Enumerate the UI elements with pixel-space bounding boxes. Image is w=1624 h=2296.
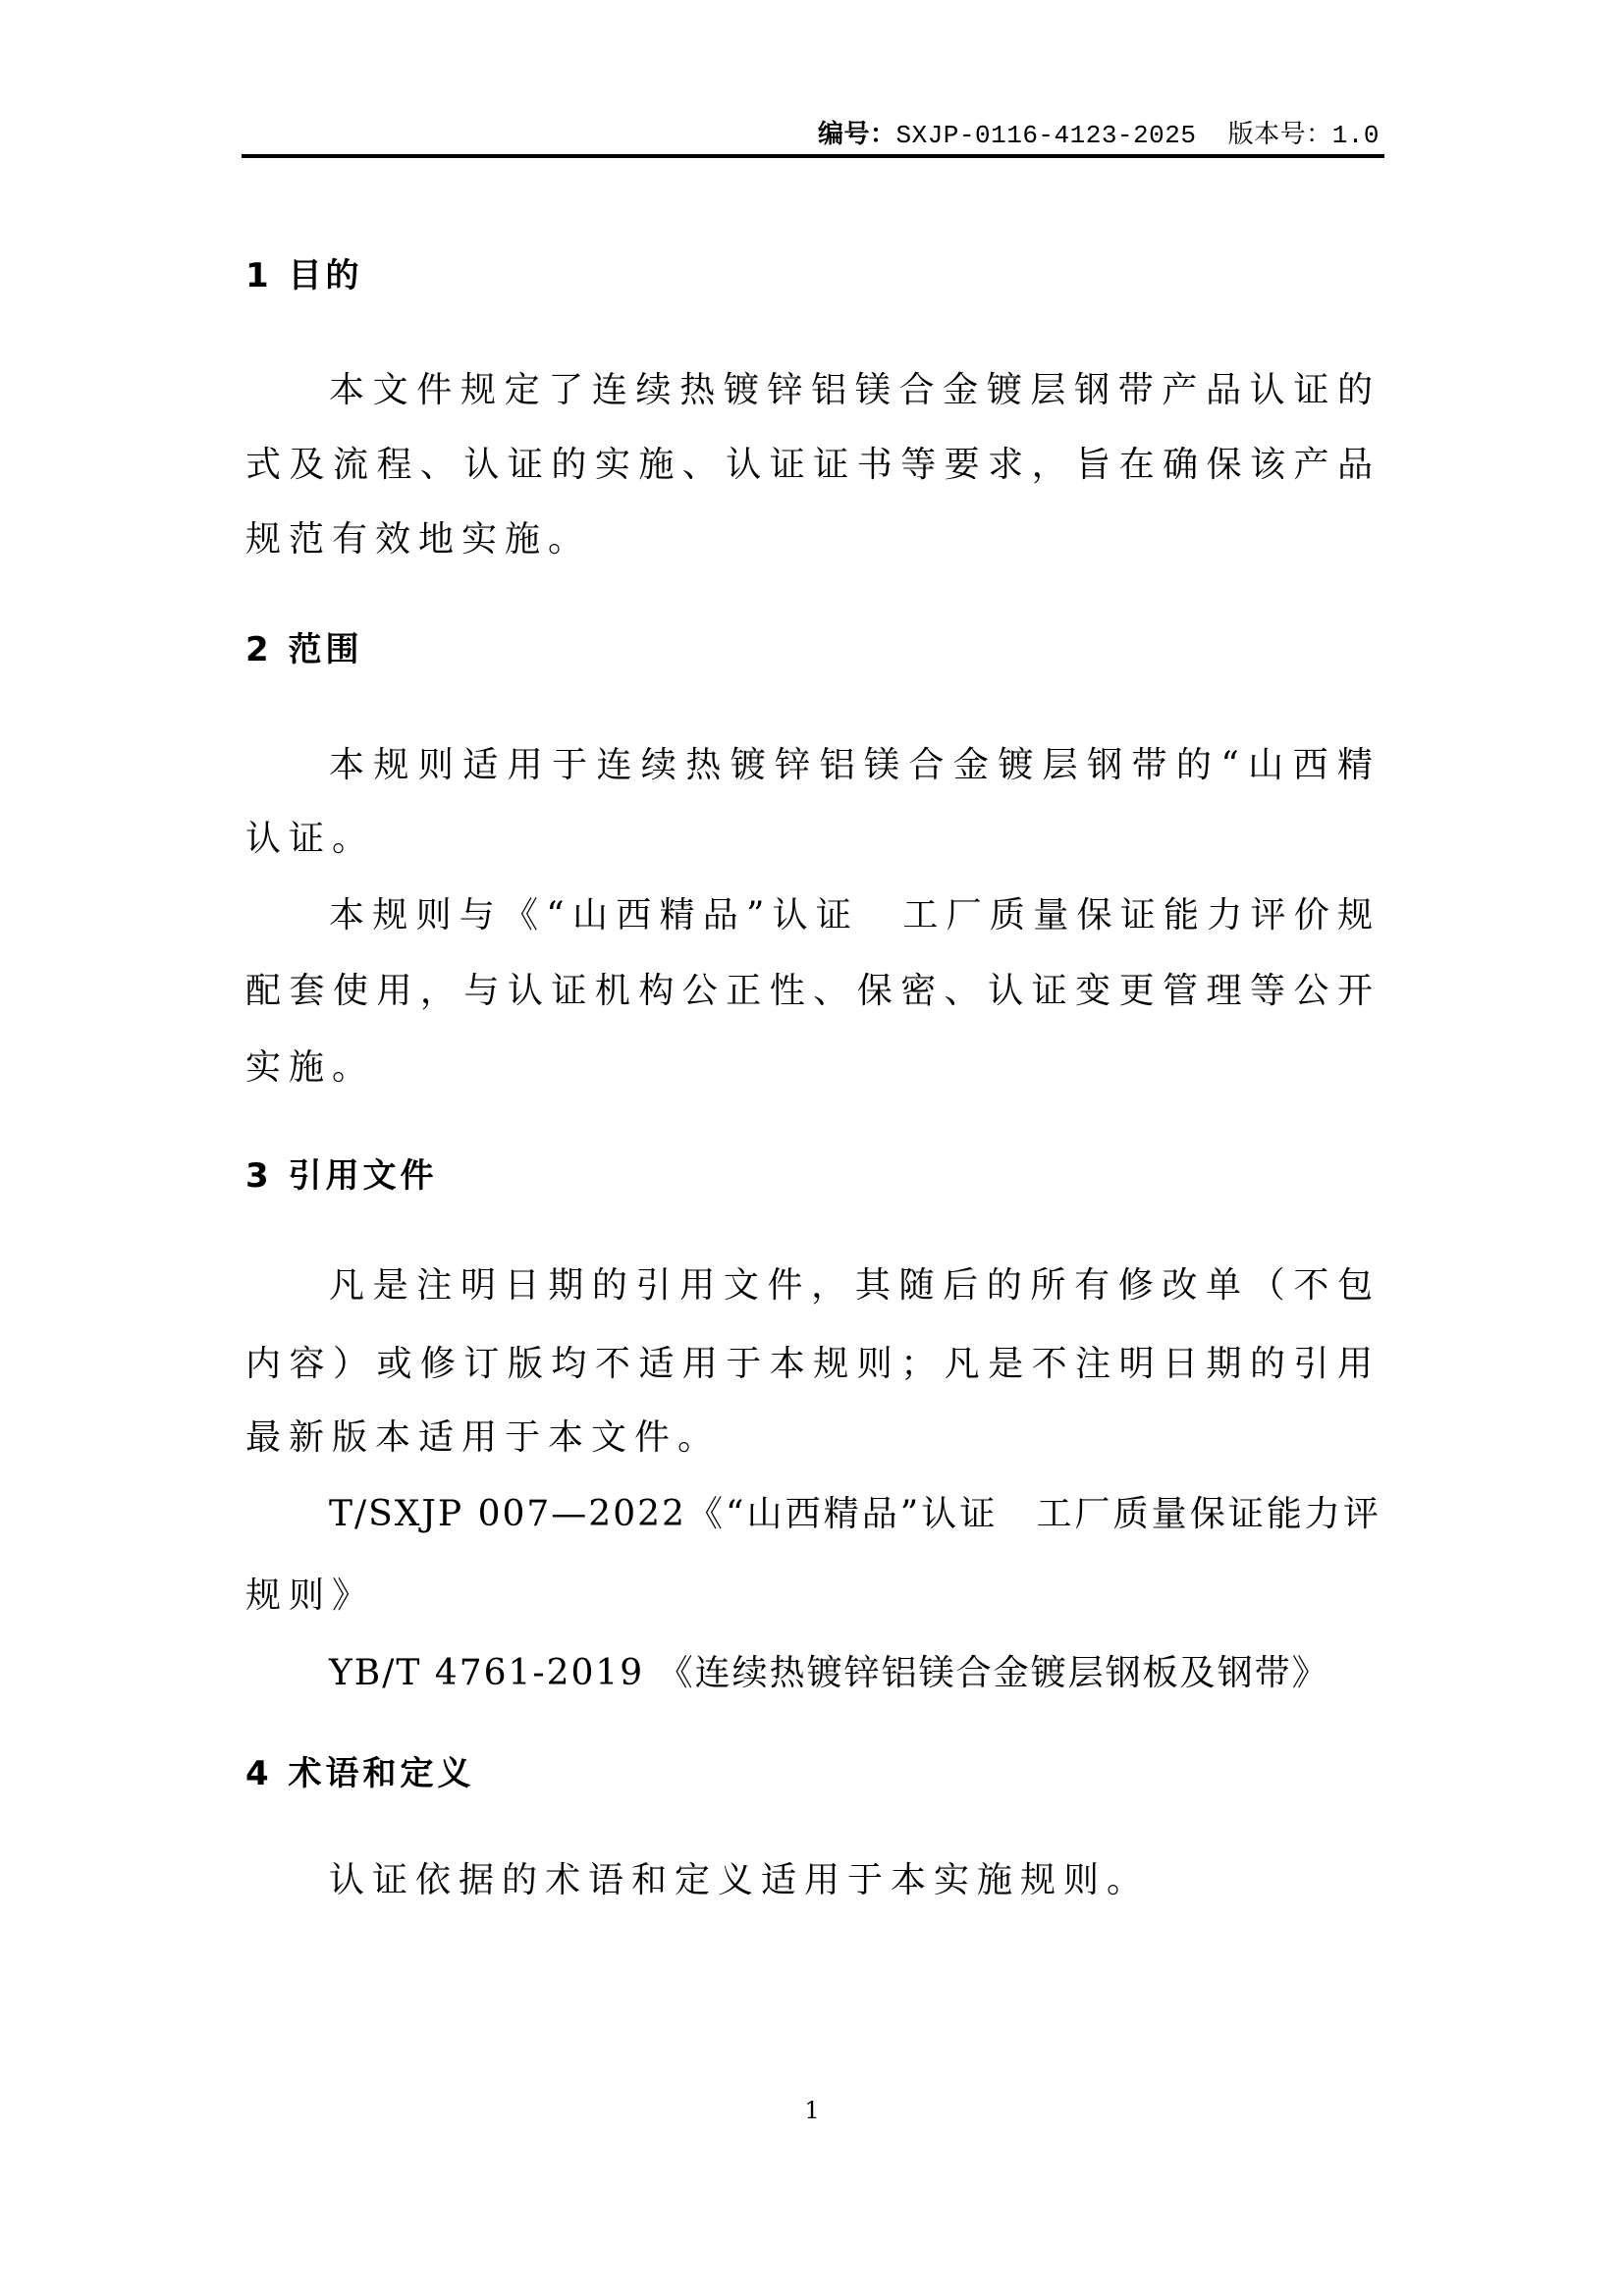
paragraph-line: 式及流程、认证的实施、认证证书等要求，旨在确保该产品认证工作	[245, 442, 1380, 489]
paragraph-line: 认证。	[245, 816, 1380, 863]
document-number-label: 编号：	[818, 121, 896, 150]
section-heading-scope: 2 范围	[245, 626, 363, 673]
page-number: 1	[0, 2095, 1624, 2126]
paragraph-line: 内容）或修订版均不适用于本规则；凡是不注明日期的引用文件，其	[245, 1341, 1380, 1388]
section-heading-purpose: 1 目的	[245, 252, 363, 299]
paragraph-line: 实施。	[245, 1044, 1380, 1092]
version-label: 版本号：	[1228, 121, 1332, 150]
paragraph-line: 最新版本适用于本文件。	[245, 1415, 1380, 1462]
paragraph-line: 配套使用，与认证机构公正性、保密、认证变更管理等公开文件共同	[245, 968, 1380, 1015]
paragraph-line: 凡是注明日期的引用文件，其随后的所有修改单（不包括勘误的	[329, 1262, 1380, 1309]
paragraph-line: 本规则适用于连续热镀锌铝镁合金镀层钢带的“山西精品”产品	[329, 742, 1380, 789]
reference-standard-line: T/SXJP 007—2022《“山西精品”认证 工厂质量保证能力评价	[329, 1491, 1380, 1538]
section-heading-references: 3 引用文件	[245, 1152, 438, 1200]
header-divider	[242, 154, 1384, 158]
document-id-header: 编号：SXJP-0116-4123-2025 版本号：1.0	[818, 116, 1380, 155]
paragraph-line: 认证依据的术语和定义适用于本实施规则。	[329, 1857, 1380, 1904]
document-number-value: SXJP-0116-4123-2025	[896, 121, 1197, 150]
reference-standard-line: 规则》	[245, 1573, 1380, 1620]
reference-standard-line: YB/T 4761-2019 《连续热镀锌铝镁合金镀层钢板及钢带》	[329, 1650, 1380, 1697]
paragraph-line: 本规则与《“山西精品”认证 工厂质量保证能力评价规则》等	[329, 892, 1380, 939]
version-value: 1.0	[1332, 121, 1380, 150]
paragraph-line: 本文件规定了连续热镀锌铝镁合金镀层钢带产品认证的认证模	[329, 367, 1380, 414]
section-heading-terms: 4 术语和定义	[245, 1750, 475, 1797]
paragraph-line: 规范有效地实施。	[245, 516, 1380, 563]
